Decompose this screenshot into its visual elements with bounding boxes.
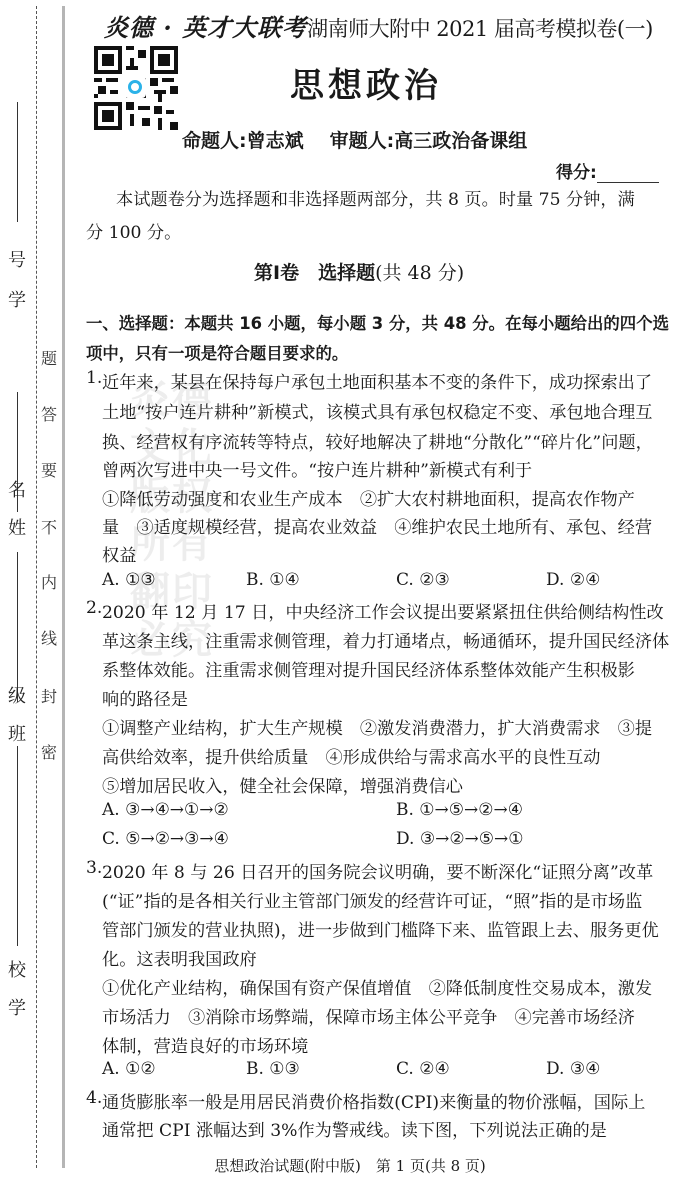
question-number: 1. (86, 368, 102, 388)
page-footer: 思想政治试题(附中版) 第 1 页(共 8 页) (0, 1155, 700, 1176)
question-stem-line: 化。这表明我国政府 (102, 945, 257, 970)
question-stem-line: 2020 年 8 与 26 日召开的国务院会议明确，要不断深化“证照分离”改革 (102, 858, 653, 883)
score-label: 得分: (556, 163, 597, 183)
option-a[interactable]: A. ①③ (102, 570, 156, 590)
option-b[interactable]: B. ①→⑤→②→④ (396, 800, 523, 820)
exam-title: 湖南师大附中 2021 届高考模拟卷(一) (307, 17, 653, 41)
question-stem-line: 响的路径是 (102, 685, 188, 710)
statement-line: 高供给效率，提升供给质量 ④形成供给与需求高水平的良性互动 (102, 743, 600, 768)
question-stem-line: 曾两次写进中央一号文件。“按户连片耕种”新模式有利于 (102, 456, 532, 481)
authors-line: 命题人:曾志斌审题人:高三政治备课组 (182, 126, 527, 153)
section-title-points: (共 48 分) (375, 262, 464, 284)
school-label: 校 (6, 960, 28, 982)
brand-name: 炎德 · 英才大联考 (104, 13, 307, 42)
exam-header: 炎德 · 英才大联考湖南师大附中 2021 届高考模拟卷(一) (104, 8, 684, 43)
option-c[interactable]: C. ②④ (396, 1059, 450, 1079)
statement-line: ⑤增加居民收入，健全社会保障，增强消费信心 (102, 772, 463, 797)
class-label-2: 班 (6, 724, 28, 746)
option-b[interactable]: B. ①③ (246, 1059, 300, 1079)
section-title-main: 第Ⅰ卷 选择题 (254, 262, 375, 284)
seal-text: 封 (39, 684, 59, 707)
instructions-line: 项中，只有一项是符合题目要求的。 (86, 340, 348, 364)
author-label: 命题人:曾志斌 (182, 130, 304, 152)
option-d[interactable]: D. ②④ (546, 570, 600, 590)
seal-text: 线 (39, 626, 59, 649)
seal-text: 密 (39, 740, 59, 763)
qr-code-icon[interactable] (94, 46, 178, 130)
statement-line: 量 ③适度规模经营，提高农业效益 ④维护农民土地所有、承包、经营 (102, 513, 652, 538)
question-stem-line: 土地“按户连片耕种”新模式，该模式具有承包权稳定不变、承包地合理互 (102, 398, 652, 423)
seal-text: 答 (39, 402, 59, 425)
class-label: 级 (6, 686, 28, 708)
statement-line: ①优化产业结构，确保国有资产保值增值 ②降低制度性交易成本，激发 (102, 974, 652, 999)
seal-text: 题 (39, 346, 59, 369)
statement-line: 权益 (102, 541, 136, 566)
student-id-label: 号 (6, 250, 28, 272)
question-stem-line: 换、经营权有序流转等特点，较好地解决了耕地“分散化”“碎片化”问题， (102, 428, 653, 453)
margin-rule (62, 6, 65, 1168)
option-c[interactable]: C. ②③ (396, 570, 450, 590)
option-b[interactable]: B. ①④ (246, 570, 300, 590)
question-number: 3. (86, 858, 102, 878)
question-stem-line: (“证”指的是各相关行业主管部门颁发的经营许可证，“照”指的是市场监 (102, 887, 642, 912)
school-label-2: 学 (6, 998, 28, 1020)
score-field: 得分: (556, 158, 659, 183)
app-logo-icon (124, 76, 146, 98)
option-d[interactable]: D. ③→②→⑤→① (396, 829, 524, 849)
subject-title: 思想政治 (290, 58, 442, 107)
intro-line: 本试题卷分为选择题和非选择题两部分，共 8 页。时量 75 分钟，满 (116, 185, 635, 210)
question-stem-line: 系整体效能。注重需求侧管理对提升国民经济体系整体效能产生积极影 (102, 656, 635, 681)
statement-line: 市场活力 ③消除市场弊端，保障市场主体公平竞争 ④完善市场经济 (102, 1003, 635, 1028)
name-label-2: 姓 (6, 518, 28, 540)
question-number: 2. (86, 598, 102, 618)
question-stem-line: 通货膨胀率一般是用居民消费价格指数(CPI)来衡量的物价涨幅，国际上 (102, 1088, 645, 1113)
binding-margin: 号 学 名 姓 级 班 校 学 题 答 要 不 内 线 封 密 (0, 0, 64, 1190)
statement-line: ①降低劳动强度和农业生产成本 ②扩大农村耕地面积，提高农作物产 (102, 485, 635, 510)
name-label: 名 (6, 480, 28, 502)
reviewer-label: 审题人:高三政治备课组 (330, 130, 528, 152)
student-id-label-2: 学 (6, 290, 28, 312)
statement-line: 体制，营造良好的市场环境 (102, 1032, 308, 1057)
class-line[interactable] (17, 552, 18, 702)
section-title: 第Ⅰ卷 选择题(共 48 分) (254, 258, 464, 285)
option-d[interactable]: D. ③④ (546, 1059, 600, 1079)
statement-line: ①调整产业结构，扩大生产规模 ②激发消费潜力，扩大消费需求 ③提 (102, 714, 652, 739)
question-stem-line: 通常把 CPI 涨幅达到 3%作为警戒线。读下图，下列说法正确的是 (102, 1116, 607, 1141)
seal-dashed-line (36, 6, 37, 1168)
seal-text: 要 (39, 458, 59, 481)
instructions-line: 一、选择题：本题共 16 小题，每小题 3 分，共 48 分。在每小题给出的四个… (86, 310, 669, 334)
option-c[interactable]: C. ⑤→②→③→④ (102, 829, 229, 849)
school-line[interactable] (17, 746, 18, 946)
question-stem-line: 革这条主线，注重需求侧管理，着力打通堵点，畅通循环，提升国民经济体 (102, 627, 669, 652)
score-blank[interactable] (597, 166, 659, 183)
option-a[interactable]: A. ③→④→①→② (102, 800, 229, 820)
question-stem-line: 管部门颁发的营业执照)，进一步做到门槛降下来、监管跟上去、服务更优 (102, 916, 659, 941)
question-number: 4. (86, 1088, 102, 1108)
student-id-line[interactable] (17, 102, 18, 222)
intro-line: 分 100 分。 (86, 218, 181, 243)
option-a[interactable]: A. ①② (102, 1059, 156, 1079)
question-stem-line: 近年来，某县在保持每户承包土地面积基本不变的条件下，成功探索出了 (102, 368, 652, 393)
seal-text: 内 (39, 570, 59, 593)
question-stem-line: 2020 年 12 月 17 日，中央经济工作会议提出要紧紧扭住供给侧结构性改 (102, 598, 664, 623)
seal-text: 不 (39, 515, 59, 538)
